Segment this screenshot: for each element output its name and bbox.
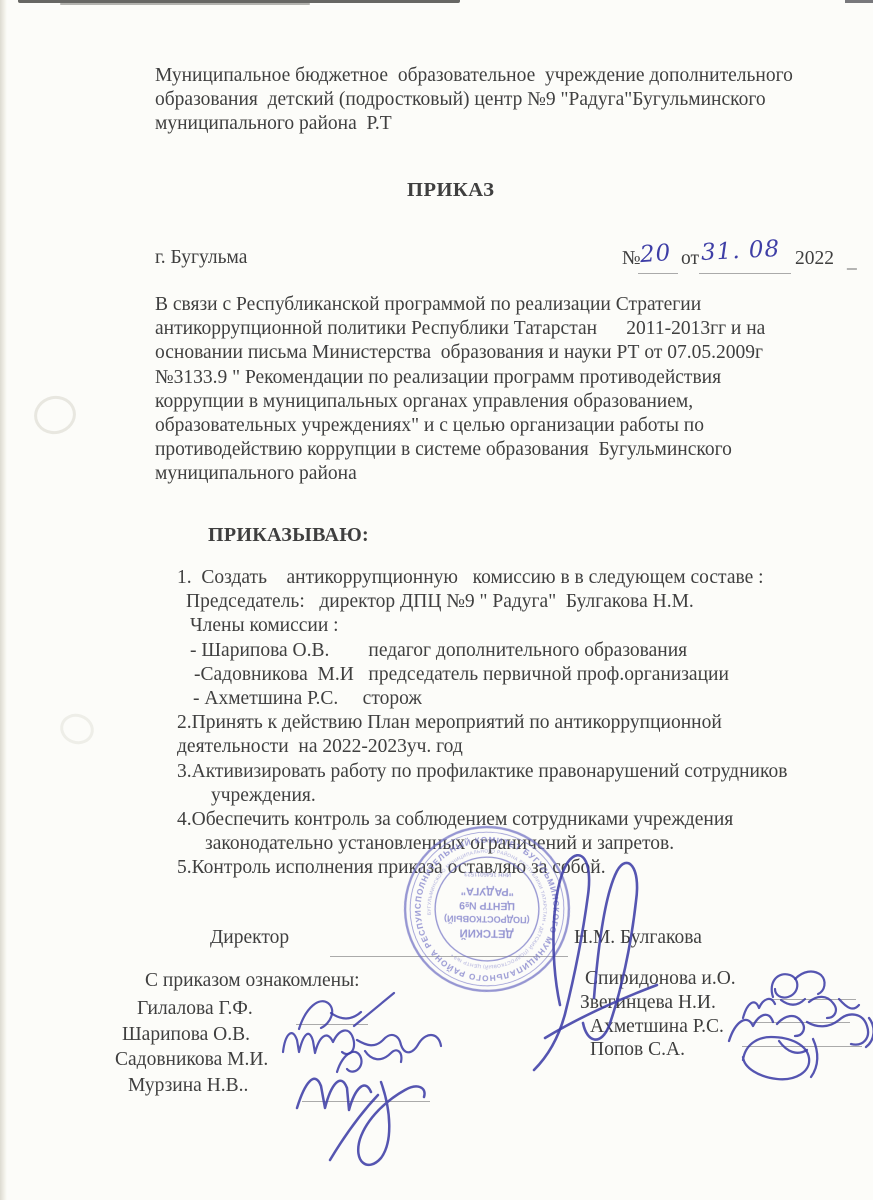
decree-line: 3.Активизировать работу по профилактике … — [155, 760, 871, 784]
ack-name-left: Гилалова Г.Ф. — [137, 996, 268, 1022]
acknowledged-left-column: Гилалова Г.Ф.Шарипова О.В.Садовникова М.… — [112, 996, 268, 1098]
ack-name-right: Попов С.А. — [590, 1038, 736, 1062]
signature-sadovnikova — [337, 1050, 401, 1072]
scan-smudge — [56, 709, 98, 748]
decree-line: деятельности на 2022-2023уч. год — [155, 735, 871, 759]
name-underline — [742, 1046, 862, 1047]
decree-line: 2.Принять к действию План мероприятий по… — [155, 711, 871, 735]
city-label: г. Бугульма — [155, 247, 247, 269]
date-from-label: от — [681, 248, 699, 270]
scan-edge-left — [0, 0, 7, 1200]
ack-name-left: Мурзина Н.В.. — [128, 1073, 268, 1099]
signature-popov — [743, 1037, 817, 1079]
signature-sharipova — [283, 1030, 441, 1054]
scanned-order-document: Муниципальное бюджетное образовательное … — [0, 0, 873, 1200]
decree-line: -Садовникова М.И председатель первичной … — [155, 663, 871, 687]
order-date-handwritten: 31. 08 — [701, 238, 780, 264]
org-header-line: Муниципальное бюджетное образовательное … — [155, 64, 867, 88]
intro-line: муниципального района — [155, 462, 871, 486]
intro-line: коррупции в муниципальных органах управл… — [155, 390, 871, 414]
ack-name-right: Звегинцева Н.И. — [580, 991, 736, 1015]
ack-name-left: Шарипова О.В. — [122, 1022, 268, 1048]
decree-line: 1. Создать антикоррупционную комиссию в … — [155, 566, 871, 590]
underscore-tail: _ — [847, 251, 857, 273]
intro-line: противодействию коррупции в системе обра… — [155, 438, 871, 462]
intro-line: основании письма Министерства образовани… — [155, 341, 871, 365]
acknowledged-right-column: Спиридонова и.О.Звегинцева Н.И.Ахметшина… — [585, 967, 736, 1062]
signature-akhmetshina — [729, 1014, 873, 1047]
official-round-stamp: ИСПОЛНИТЕЛЬНЫЙ КОМИТЕТ БУГУЛЬМИНСКОГО МУ… — [387, 809, 587, 1009]
org-header-line: муниципального района Р.Т — [155, 112, 867, 136]
stamp-center-line: ДЕТСКИЙ — [459, 926, 513, 940]
director-role-label: Директор — [210, 927, 289, 949]
stamp-center-line: (ПОДРОСТКОВЫЙ) — [444, 914, 530, 926]
name-underline — [302, 1101, 430, 1102]
order-number-handwritten: 20 — [640, 241, 671, 267]
document-title: ПРИКАЗ — [407, 179, 494, 202]
scan-smudge — [31, 392, 80, 438]
scan-edge-top-shadow — [60, 3, 310, 5]
ack-name-right: Ахметшина Р.С. — [590, 1015, 736, 1039]
ack-name-right: Спиридонова и.О. — [585, 967, 736, 991]
decree-line: Члены комиссии : — [155, 614, 871, 638]
name-underline — [296, 1024, 368, 1025]
decree-line: - Ахметшина Р.С. сторож — [155, 687, 871, 711]
signature-murzina — [297, 1079, 425, 1165]
intro-line: В связи с Республиканской программой по … — [155, 293, 871, 317]
order-year: 2022 — [795, 248, 834, 270]
date-underline — [699, 273, 791, 274]
scan-edge-top-right — [845, 0, 873, 3]
stamp-inn-line: ИНН 1646011523 — [463, 870, 511, 877]
org-header-line: образования детский (подростковый) центр… — [155, 88, 867, 112]
org-header: Муниципальное бюджетное образовательное … — [155, 64, 867, 137]
decree-line: Председатель: директор ДПЦ №9 " Радуга" … — [155, 590, 871, 614]
number-sign-label: № — [622, 248, 641, 270]
intro-line: №3133.9 " Рекомендации по реализации про… — [155, 366, 871, 390]
stamp-center-line: "РАДУГА" — [461, 885, 514, 898]
decree-line: учреждения. — [155, 784, 871, 808]
decree-line: - Шарипова О.В. педагог дополнительного … — [155, 639, 871, 663]
intro-paragraph: В связи с Республиканской программой по … — [155, 293, 871, 487]
name-underline — [770, 999, 856, 1000]
number-underline — [638, 273, 678, 274]
director-name: Н.М. Булгакова — [574, 927, 702, 949]
signature-zvegintseva — [743, 997, 859, 1018]
intro-line: образовательных учреждениях" и с целью о… — [155, 414, 871, 438]
ack-name-left: Садовникова М.И. — [115, 1047, 268, 1073]
stamp-center-line: ЦЕНТР №9 — [459, 899, 515, 911]
name-underline — [752, 1022, 850, 1023]
acknowledged-heading: С приказом ознакомлены: — [145, 970, 360, 992]
decree-heading: ПРИКАЗЫВАЮ: — [208, 524, 369, 547]
signature-spiridonova — [772, 972, 825, 998]
intro-line: антикоррупционной политики Республики Та… — [155, 317, 871, 341]
